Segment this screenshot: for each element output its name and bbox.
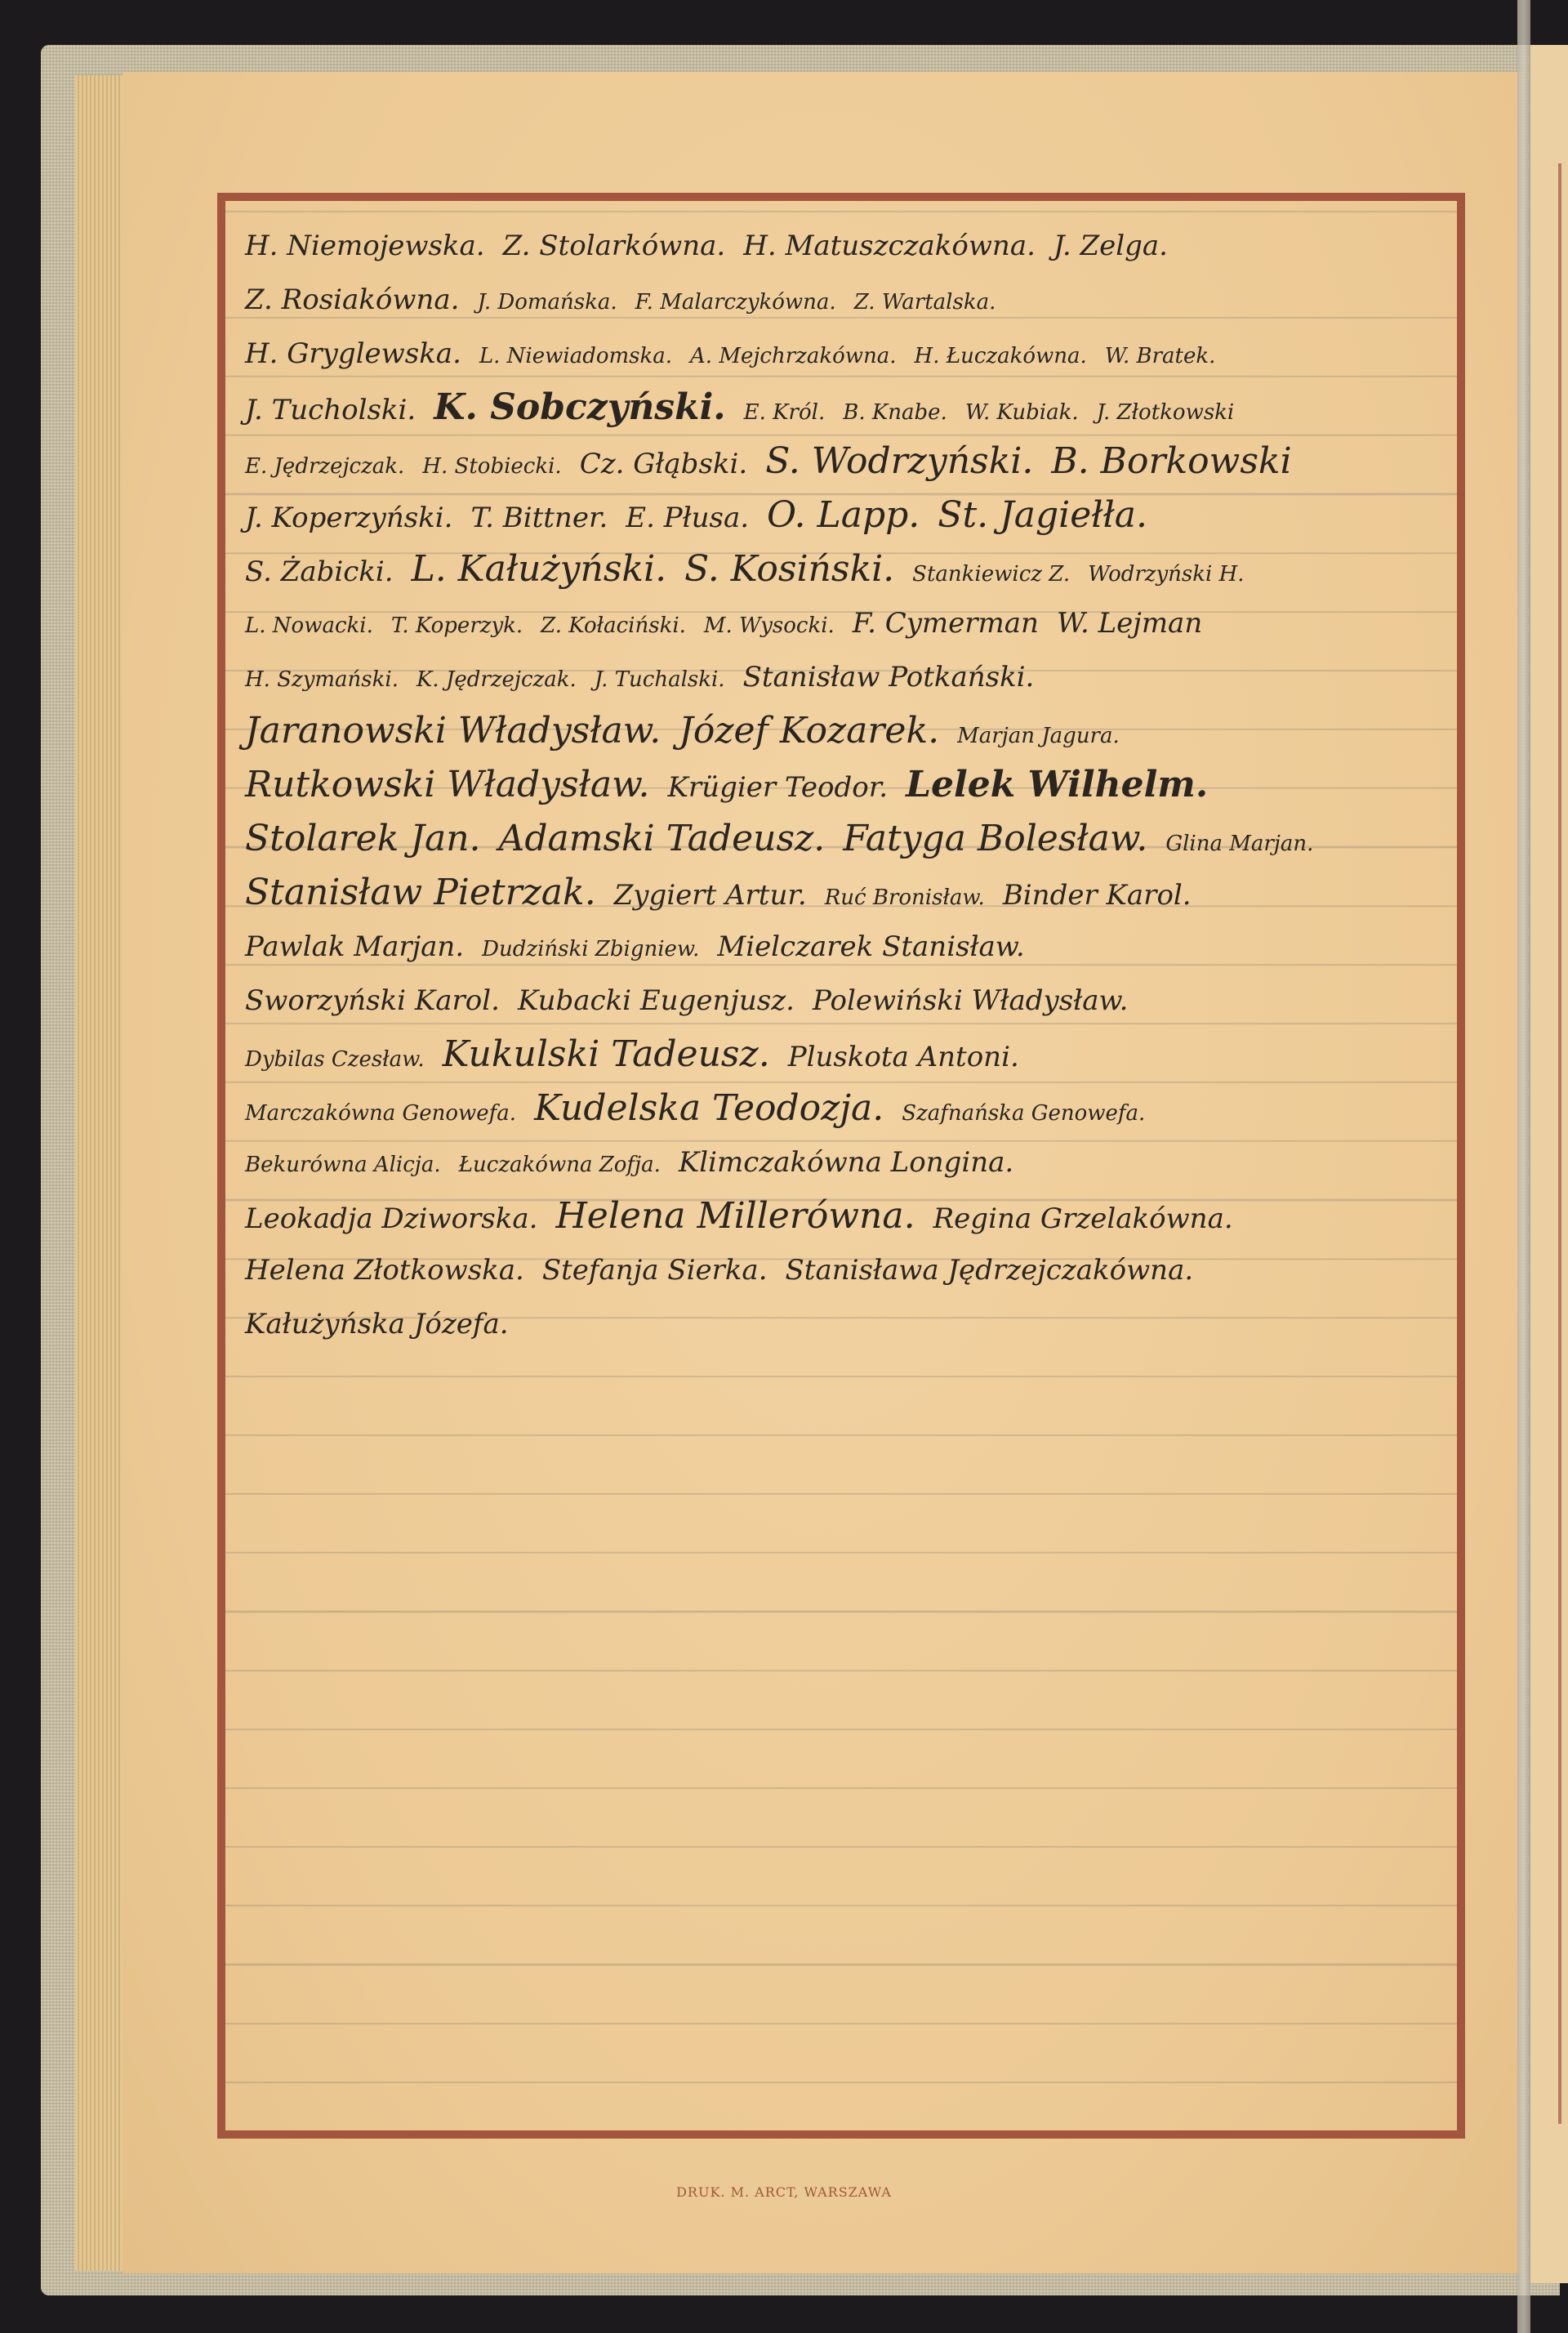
signature-line: Helena Złotkowska.Stefanja Sierka.Stanis… <box>245 1243 1445 1297</box>
signature-line: Stanisław Pietrzak.Zygiert Artur.Ruć Bro… <box>245 866 1445 920</box>
signature: Łuczakówna Zofja. <box>459 1138 661 1192</box>
signature: Stanisław Pietrzak. <box>245 866 596 920</box>
signature: Kudelska Teodozja. <box>534 1082 884 1135</box>
signature-line: Pawlak Marjan.Dudziński Zbigniew.Mielcza… <box>245 920 1445 974</box>
signature-line: J. Tucholski.K. Sobczyński.E. Król.B. Kn… <box>245 381 1445 435</box>
signature: J. Tucholski. <box>245 383 416 437</box>
signature: Fatyga Bolesław. <box>843 812 1147 866</box>
signature: F. Cymerman <box>853 596 1039 650</box>
signature: E. Król. <box>744 386 826 439</box>
signature-line: Z. Rosiakówna.J. Domańska.F. Malarczyków… <box>245 273 1445 327</box>
signature: K. Sobczyński. <box>434 381 725 435</box>
signature: Bekurówna Alicja. <box>245 1138 441 1192</box>
signature: Marczakówna Genowefa. <box>245 1086 516 1140</box>
signature: H. Szymański. <box>245 653 399 707</box>
signature: J. Domańska. <box>477 275 617 329</box>
signature: B. Knabe. <box>843 386 947 439</box>
signature-line: J. Koperzyński.T. Bittner.E. Płusa.O. La… <box>245 488 1445 542</box>
signature: Kubacki Eugenjusz. <box>518 974 795 1028</box>
signature: H. Łuczakówna. <box>915 329 1087 383</box>
signature: L. Niewiadomska. <box>479 329 672 383</box>
signature: H. Matuszczakówna. <box>743 219 1036 273</box>
signature: Szafnańska Genowefa. <box>902 1086 1145 1140</box>
signature: J. Koperzyński. <box>245 491 452 545</box>
signature: W. Kubiak. <box>965 386 1079 439</box>
signature: Klimczakówna Longina. <box>679 1135 1013 1189</box>
signature: Kałużyńska Józefa. <box>245 1297 509 1351</box>
signature: Kukulski Tadeusz. <box>443 1028 770 1082</box>
signature: H. Stobiecki. <box>422 439 561 493</box>
signature: Stolarek Jan. <box>245 812 481 866</box>
signature: S. Kosiński. <box>684 542 894 596</box>
signature: Pawlak Marjan. <box>245 920 464 974</box>
signature-line: H. Szymański.K. Jędrzejczak.J. Tuchalski… <box>245 650 1445 704</box>
signature: Helena Złotkowska. <box>245 1243 524 1297</box>
signature-line: Stolarek Jan.Adamski Tadeusz.Fatyga Bole… <box>245 812 1445 866</box>
printer-imprint: DRUK. M. ARCT, WARSZAWA <box>0 2184 1568 2200</box>
signature: Cz. Głąbski. <box>580 437 748 491</box>
signature: Stankiewicz Z. <box>912 547 1070 601</box>
signature: Pluskota Antoni. <box>788 1030 1019 1084</box>
signature: H. Gryglewska. <box>245 327 461 381</box>
facing-page-frame <box>1558 163 1561 2124</box>
signature-line: Jaranowski Władysław.Józef Kozarek.Marja… <box>245 704 1445 758</box>
signature: Krügier Teodor. <box>668 761 889 814</box>
signature-line: Sworzyński Karol.Kubacki Eugenjusz.Polew… <box>245 974 1445 1028</box>
signature-line: Kałużyńska Józefa. <box>245 1297 1445 1351</box>
signature: Z. Kołaciński. <box>541 599 686 653</box>
signature: S. Żabicki. <box>245 545 394 599</box>
signature: Józef Kozarek. <box>679 704 939 758</box>
signature: Stefanja Sierka. <box>542 1243 768 1297</box>
signature-line: L. Nowacki.T. Koperzyk.Z. Kołaciński.M. … <box>245 596 1445 650</box>
signature: S. Wodrzyński. <box>765 435 1033 488</box>
signature: B. Borkowski <box>1051 435 1291 488</box>
signature: M. Wysocki. <box>704 599 835 653</box>
signature: Dudziński Zbigniew. <box>482 922 699 976</box>
book-gutter <box>1517 0 1530 2333</box>
signature: W. Bratek. <box>1105 329 1216 383</box>
signature: F. Malarczykówna. <box>635 275 836 329</box>
signature: E. Płusa. <box>626 491 749 545</box>
signature-line: Rutkowski Władysław.Krügier Teodor.Lelek… <box>245 758 1445 812</box>
facing-page-edge <box>1530 45 1568 2283</box>
signature: L. Nowacki. <box>245 599 373 653</box>
signature: O. Lapp. <box>767 488 920 542</box>
signature: A. Mejchrzakówna. <box>690 329 896 383</box>
signature: H. Niemojewska. <box>245 219 485 273</box>
signature: Leokadja Dziworska. <box>245 1192 537 1246</box>
signature: Zygiert Artur. <box>614 868 807 922</box>
signature-line: H. Niemojewska.Z. Stolarkówna.H. Matuszc… <box>245 219 1445 273</box>
signature: J. Zelga. <box>1053 219 1168 273</box>
signature: Z. Stolarkówna. <box>503 219 726 273</box>
signature: Lelek Wilhelm. <box>906 758 1208 812</box>
signature: Jaranowski Władysław. <box>245 704 661 758</box>
signature-list: H. Niemojewska.Z. Stolarkówna.H. Matuszc… <box>245 219 1445 1351</box>
signature: W. Lejman <box>1057 596 1202 650</box>
signature-line: Leokadja Dziworska.Helena Millerówna.Reg… <box>245 1189 1445 1243</box>
signature: J. Tuchalski. <box>595 653 725 707</box>
signature: Polewiński Władysław. <box>813 974 1128 1028</box>
signature: E. Jędrzejczak. <box>245 439 404 493</box>
signature: Adamski Tadeusz. <box>499 812 826 866</box>
signature: Z. Rosiakówna. <box>245 273 459 327</box>
signature: St. Jagiełła. <box>938 488 1147 542</box>
signature-line: Bekurówna Alicja.Łuczakówna Zofja.Klimcz… <box>245 1135 1445 1189</box>
page-stack-edge <box>75 75 125 2271</box>
signature: Ruć Bronisław. <box>825 871 985 925</box>
signature: Rutkowski Władysław. <box>245 758 650 812</box>
signature-line: Marczakówna Genowefa.Kudelska Teodozja.S… <box>245 1082 1445 1135</box>
signature: Wodrzyński H. <box>1088 547 1244 601</box>
signature: T. Koperzyk. <box>391 599 523 653</box>
signature-line: S. Żabicki.L. Kałużyński.S. Kosiński.Sta… <box>245 542 1445 596</box>
signature: L. Kałużyński. <box>412 542 667 596</box>
signature-line: Dybilas Czesław.Kukulski Tadeusz.Pluskot… <box>245 1028 1445 1082</box>
signature: Mielczarek Stanisław. <box>717 920 1024 974</box>
signature: T. Bittner. <box>470 491 608 545</box>
signature: Glina Marjan. <box>1165 817 1313 871</box>
signature: Z. Wartalska. <box>854 275 996 329</box>
signature: Dybilas Czesław. <box>245 1033 425 1086</box>
signature: Stanisława Jędrzejczakówna. <box>786 1243 1194 1297</box>
signature: Binder Karol. <box>1003 868 1192 922</box>
signature: Marjan Jagura. <box>957 709 1120 763</box>
signature: Stanisław Potkański. <box>743 650 1035 704</box>
signature: Helena Millerówna. <box>555 1189 915 1243</box>
signature: Sworzyński Karol. <box>245 974 500 1028</box>
signature-line: H. Gryglewska.L. Niewiadomska.A. Mejchrz… <box>245 327 1445 381</box>
signature: Regina Grzelakówna. <box>933 1192 1233 1246</box>
signature: J. Złotkowski <box>1097 386 1235 439</box>
signature: K. Jędrzejczak. <box>416 653 577 707</box>
signature-line: E. Jędrzejczak.H. Stobiecki.Cz. Głąbski.… <box>245 435 1445 488</box>
